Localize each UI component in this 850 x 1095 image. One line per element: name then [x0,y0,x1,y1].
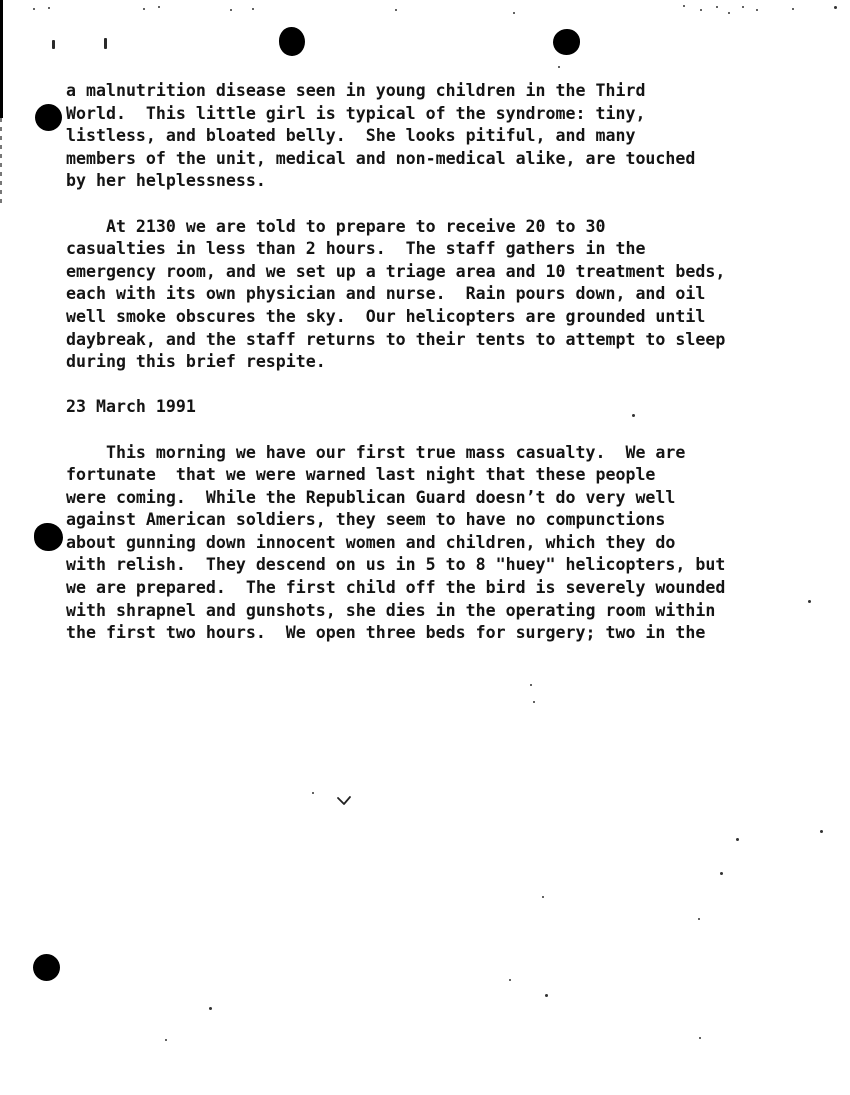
scan-speck [698,918,700,920]
scan-speck [545,994,548,997]
scan-speck [820,830,823,833]
scan-speck [48,7,50,9]
scan-speck [158,6,160,8]
text-line: listless, and bloated belly. She looks p… [66,125,826,148]
scan-speck [808,600,811,603]
scan-speck [252,8,254,10]
scan-speck [33,8,35,10]
typewritten-text: a malnutrition disease seen in young chi… [66,80,826,645]
scan-edge-artifact [0,0,3,118]
text-line: the first two hours. We open three beds … [66,622,826,645]
text-line: during this brief respite. [66,351,826,374]
text-line: This morning we have our first true mass… [66,442,826,465]
text-line: against American soldiers, they seem to … [66,509,826,532]
date-heading: 23 March 1991 [66,396,826,419]
text-line: fortunate that we were warned last night… [66,464,826,487]
text-line: World. This little girl is typical of th… [66,103,826,126]
scan-speck [716,6,718,8]
text-line: we are prepared. The first child off the… [66,577,826,600]
scan-speck [312,792,314,794]
scan-speck [834,6,837,9]
text-line: each with its own physician and nurse. R… [66,283,826,306]
margin-dot [35,104,62,131]
scan-speck [209,1007,212,1010]
scan-speck [683,5,685,7]
text-line: about gunning down innocent women and ch… [66,532,826,555]
text-line: a malnutrition disease seen in young chi… [66,80,826,103]
scan-speck [542,896,544,898]
margin-dot [34,523,63,551]
scan-speck [513,12,515,14]
scan-speck [530,684,532,686]
margin-dot [33,954,60,981]
punch-hole-mark [553,29,580,55]
scan-speck [736,838,739,841]
blank-line [66,419,826,442]
scan-speck [165,1039,167,1041]
scan-speck [699,1037,701,1039]
text-line: with relish. They descend on us in 5 to … [66,554,826,577]
text-line: were coming. While the Republican Guard … [66,487,826,510]
text-line: with shrapnel and gunshots, she dies in … [66,600,826,623]
scan-speck [728,12,730,14]
scan-speck [230,9,232,11]
scan-speck [792,8,794,10]
scan-speck [533,701,535,703]
blank-line [66,193,826,216]
text-line: by her helplessness. [66,170,826,193]
scan-speck [143,8,145,10]
punch-hole-mark [279,27,305,56]
stray-tick-mark [104,38,107,49]
scan-speck [720,872,723,875]
scan-speck [700,9,702,11]
scan-speck [756,9,758,11]
scan-edge-artifact [0,118,2,206]
handwritten-checkmark-icon [336,795,352,807]
text-line: emergency room, and we set up a triage a… [66,261,826,284]
scan-speck [558,66,560,68]
scan-speck [742,6,744,8]
text-line: daybreak, and the staff returns to their… [66,329,826,352]
blank-line [66,374,826,397]
text-line: well smoke obscures the sky. Our helicop… [66,306,826,329]
scan-speck [509,979,511,981]
document-page: a malnutrition disease seen in young chi… [0,0,850,1095]
stray-tick-mark [52,40,55,49]
scan-speck [632,414,635,417]
text-line: members of the unit, medical and non-med… [66,148,826,171]
scan-speck [395,9,397,11]
text-line: At 2130 we are told to prepare to receiv… [66,216,826,239]
text-line: casualties in less than 2 hours. The sta… [66,238,826,261]
